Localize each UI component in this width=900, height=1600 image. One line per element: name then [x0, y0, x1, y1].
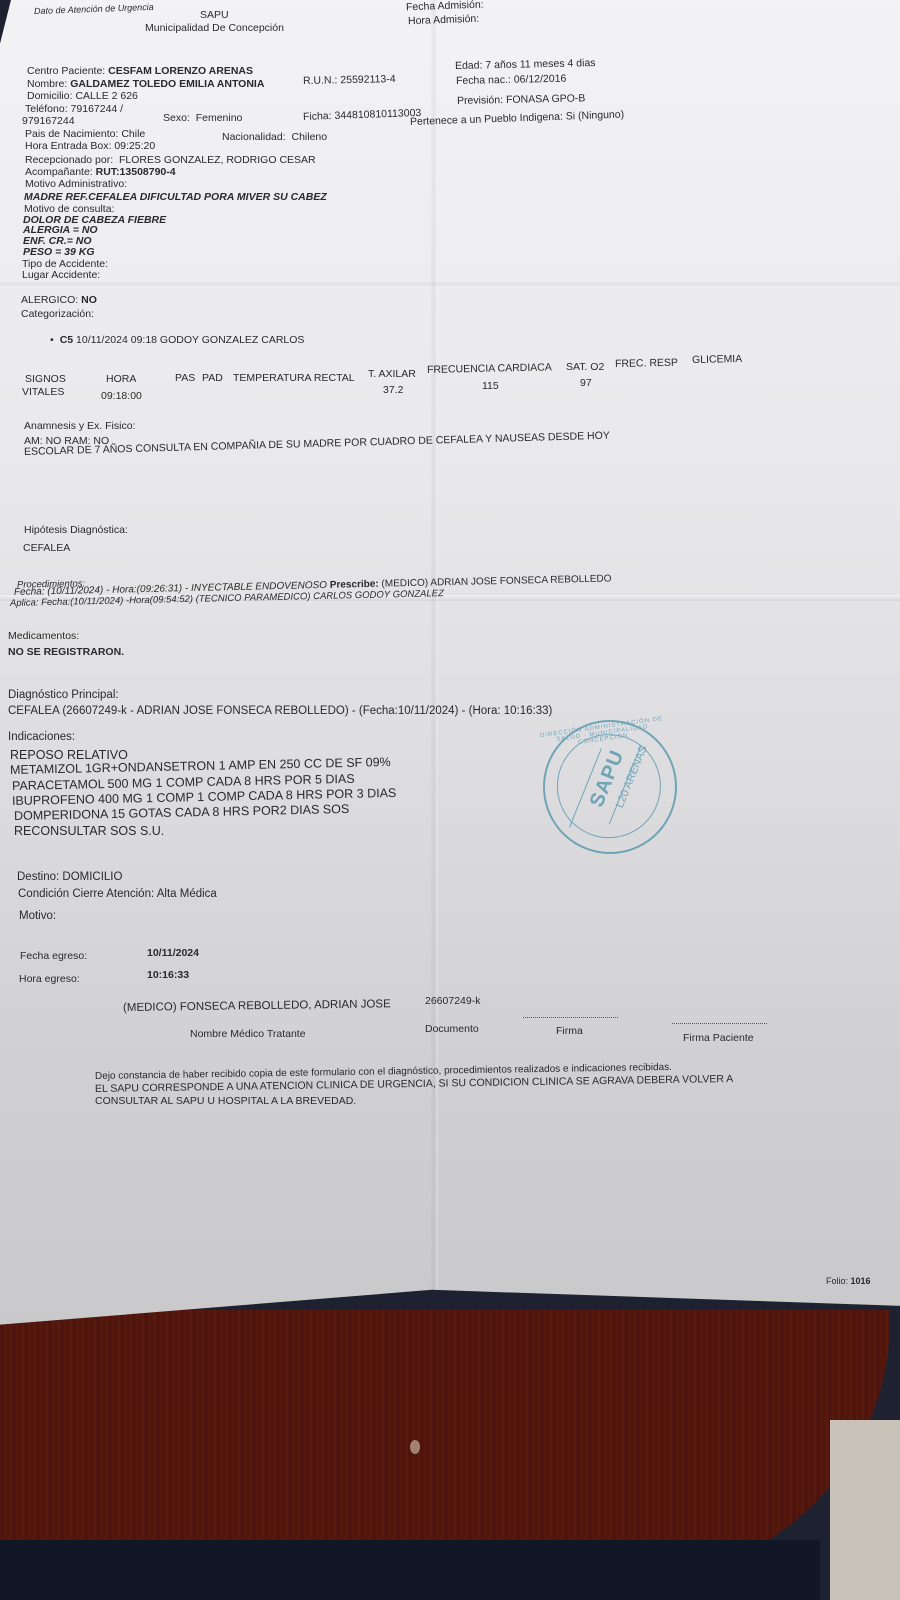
hora-egreso-label: Hora egreso: — [19, 973, 80, 985]
vitals-header-hora: HORA — [106, 373, 136, 385]
vitals-sat-o2: 97 — [580, 377, 592, 389]
vitals-t-axilar: 37.2 — [383, 384, 403, 396]
dark-background — [0, 1540, 820, 1600]
pueblo-indigena: Pertenece a un Pueblo Indigena: Si (Ning… — [410, 109, 625, 128]
fecha-egreso-label: Fecha egreso: — [20, 950, 87, 962]
hipotesis-label: Hipótesis Diagnóstica: — [24, 524, 128, 536]
vitals-header-pas: PAS — [175, 372, 195, 384]
nombre: Nombre: GALDAMEZ TOLEDO EMILIA ANTONIA — [27, 78, 264, 90]
documento-label: Documento — [425, 1023, 479, 1035]
vitals-header-frec-cardiaca: FRECUENCIA CARDIACA — [427, 361, 552, 376]
disclaimer-line-3: CONSULTAR AL SAPU U HOSPITAL A LA BREVED… — [95, 1095, 356, 1107]
motivo-administrativo: MADRE REF.CEFALEA DIFICULTAD PORA MIVER … — [24, 191, 327, 203]
vitals-header-pad: PAD — [202, 372, 223, 384]
edad: Edad: 7 años 11 meses 4 dias — [455, 57, 596, 72]
centro-paciente: Centro Paciente: CESFAM LORENZO ARENAS — [27, 65, 253, 77]
medicamentos-label: Medicamentos: — [8, 630, 79, 642]
vitals-header-temp-rectal: TEMPERATURA RECTAL — [233, 372, 355, 384]
municipality: Municipalidad De Concepción — [145, 22, 284, 34]
indicaciones-label: Indicaciones: — [8, 731, 75, 743]
categoria-entry: C5 10/11/2024 09:18 GODOY GONZALEZ CARLO… — [50, 334, 304, 346]
run: R.U.N.: 25592113-4 — [303, 73, 396, 87]
medico-tratante: (MEDICO) FONSECA REBOLLEDO, ADRIAN JOSE — [123, 998, 391, 1014]
documento-medico: 26607249-k — [425, 995, 480, 1007]
org-name: SAPU — [200, 9, 229, 21]
anamnesis-text: ESCOLAR DE 7 AÑOS CONSULTA EN COMPAÑIA D… — [24, 430, 610, 458]
vitals-header-glicemia: GLICEMIA — [692, 353, 742, 366]
telefono: Teléfono: 79167244 / — [25, 103, 123, 115]
vitals-header-frec-resp: FREC. RESP — [615, 357, 678, 370]
domicilio: Domicilio: CALLE 2 626 — [27, 90, 138, 102]
nacionalidad: Nacionalidad: Chileno — [222, 131, 327, 143]
vitals-frec-cardiaca: 115 — [482, 380, 499, 392]
pais-nacimiento: Pais de Nacimiento: Chile — [25, 128, 145, 140]
floor — [830, 1420, 900, 1600]
diagnostico-value: CEFALEA (26607249-k - ADRIAN JOSE FONSEC… — [8, 705, 552, 717]
urgency-care-document: Dato de Atención de Urgencia SAPU Munici… — [0, 0, 900, 1330]
fecha-admision-label: Fecha Admisión: — [406, 0, 484, 13]
vitals-title-2: VITALES — [22, 386, 64, 398]
sexo: Sexo: Femenino — [163, 112, 242, 124]
destino: Destino: DOMICILIO — [17, 871, 122, 883]
fecha-nacimiento: Fecha nac.: 06/12/2016 — [456, 73, 567, 87]
vitals-title-1: SIGNOS — [25, 373, 66, 385]
motivo-label: Motivo: — [19, 910, 56, 922]
diagnostico-label: Diagnóstico Principal: — [8, 689, 119, 701]
vitals-hora: 09:18:00 — [101, 390, 142, 402]
condicion-cierre: Condición Cierre Atención: Alta Médica — [18, 888, 217, 900]
anamnesis-label: Anamnesis y Ex. Fisico: — [24, 420, 135, 432]
motivo-administrativo-label: Motivo Administrativo: — [25, 178, 127, 190]
firma-paciente-label: Firma Paciente — [683, 1032, 754, 1044]
alergico: ALERGICO: NO — [21, 294, 97, 306]
indicacion-line: RECONSULTAR SOS S.U. — [14, 824, 164, 838]
ficha: Ficha: 344810810113003 — [303, 107, 422, 123]
folio: Folio: 1016 — [826, 1276, 871, 1286]
motivo-consulta-line: PESO = 39 KG — [23, 246, 95, 258]
recepcionado-por: Recepcionado por: FLORES GONZALEZ, RODRI… — [25, 154, 316, 166]
sapu-stamp: DIRECCIÓN ADMINISTRACIÓN DE SALUD · MUNI… — [534, 711, 685, 862]
table-scratch — [410, 1440, 420, 1454]
categorizacion-label: Categorización: — [21, 308, 94, 320]
form-title: Dato de Atención de Urgencia — [34, 2, 154, 16]
vitals-header-sat-o2: SAT. O2 — [566, 361, 604, 373]
acompanante: Acompañante: RUT:13508790-4 — [25, 166, 176, 178]
telefono-2: 979167244 — [22, 115, 75, 127]
firma-paciente-line — [672, 1023, 767, 1024]
prevision: Previsión: FONASA GPO-B — [457, 92, 586, 107]
medicamentos-value: NO SE REGISTRARON. — [8, 646, 124, 658]
hipotesis-value: CEFALEA — [23, 542, 70, 554]
nombre-medico-label: Nombre Médico Tratante — [190, 1028, 306, 1040]
hora-egreso: 10:16:33 — [147, 969, 189, 981]
firma-line — [523, 1017, 618, 1018]
firma-label: Firma — [556, 1025, 583, 1037]
hora-admision-label: Hora Admisión: — [408, 13, 480, 27]
paper-fold-horizontal-2 — [0, 282, 900, 286]
lugar-accidente: Lugar Accidente: — [22, 269, 100, 281]
paper-fold-vertical — [430, 0, 438, 1330]
fecha-egreso: 10/11/2024 — [147, 947, 199, 959]
vitals-header-t-axilar: T. AXILAR — [368, 368, 416, 380]
hora-entrada-box: Hora Entrada Box: 09:25:20 — [25, 140, 155, 152]
